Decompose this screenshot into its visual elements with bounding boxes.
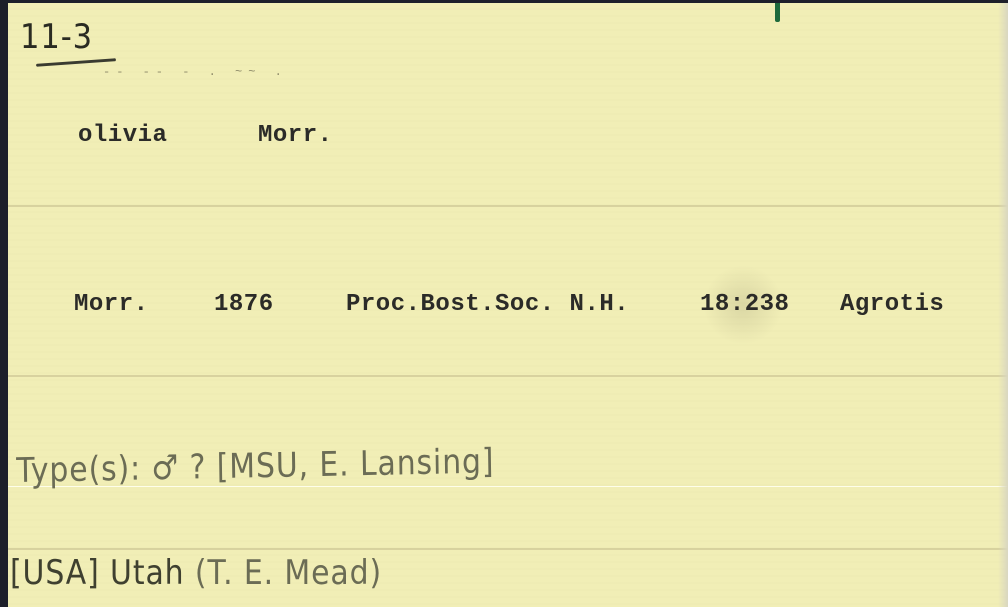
locality-region: Utah xyxy=(110,553,184,593)
species-author: Morr. xyxy=(258,122,333,149)
card-number: 11-3 xyxy=(20,17,93,57)
locality-country: [USA] xyxy=(10,553,100,593)
reference-year: 1876 xyxy=(214,291,274,318)
faded-typed-marks: -- -- - . ~~ . xyxy=(103,65,288,79)
green-tab-marker xyxy=(775,3,780,22)
reference-volume-page: 18:238 xyxy=(700,291,789,318)
reference-genus: Agrotis xyxy=(840,291,944,318)
type-specimen-note: Type(s): ♂ ? [MSU, E. Lansing] xyxy=(16,442,495,491)
reference-author: Morr. xyxy=(74,291,149,318)
card-rule-line xyxy=(8,548,1008,550)
card-rule-line xyxy=(8,375,1008,377)
index-card: 11-3 -- -- - . ~~ . olivia Morr. Morr. 1… xyxy=(8,3,1008,607)
species-name: olivia xyxy=(78,122,167,149)
locality-note: [USA] Utah (T. E. Mead) xyxy=(10,553,382,593)
collector-name: (T. E. Mead) xyxy=(195,553,382,593)
reference-journal: Proc.Bost.Soc. N.H. xyxy=(346,291,629,318)
card-rule-line xyxy=(8,205,1008,207)
